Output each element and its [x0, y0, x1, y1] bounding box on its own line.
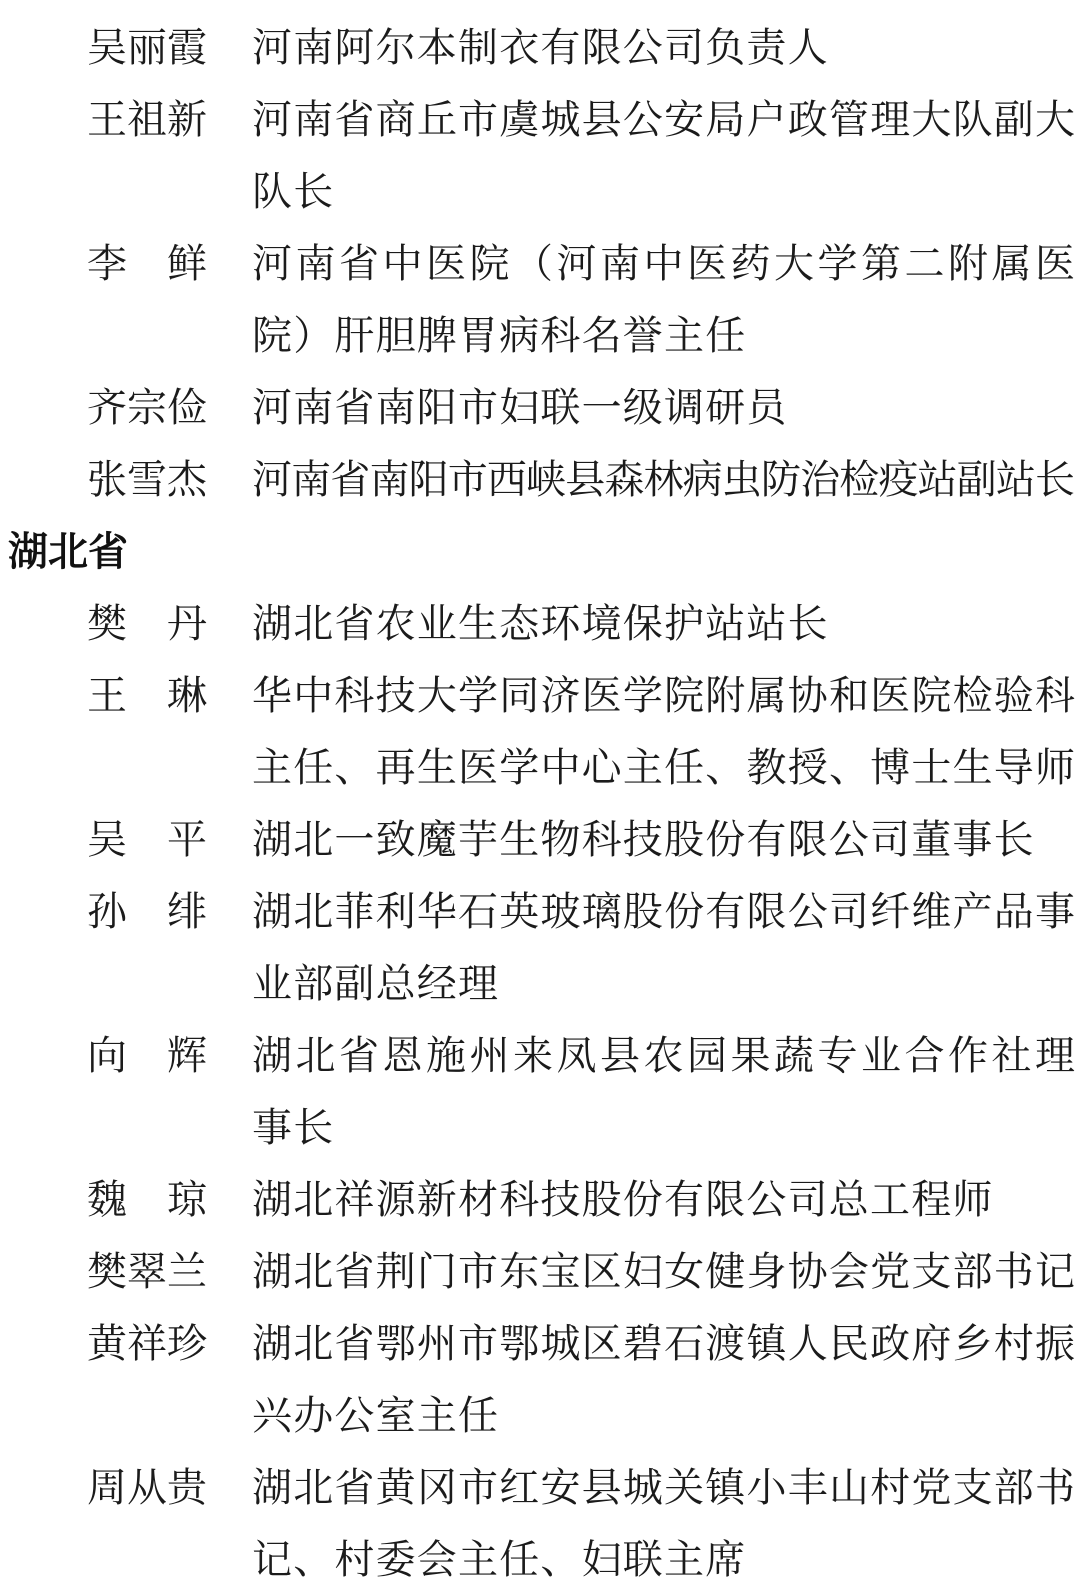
name-char: 俭	[167, 376, 207, 433]
entry-description-text: 河南省南阳市妇联一级调研员	[252, 376, 788, 433]
entry-description-text: 湖北祥源新材科技股份有限公司总工程师	[252, 1168, 994, 1225]
entry-description-line: 湖北省荆门市东宝区妇女健身协会党支部书记	[252, 1232, 1075, 1304]
entry-description-text: 河南省南阳市西峡县森林病虫防治检疫站副站长	[252, 448, 1074, 505]
entry-description-line: 主任、再生医学中心主任、教授、博士生导师	[252, 728, 1075, 800]
entry-description-text: 湖北省鄂州市鄂城区碧石渡镇人民政府乡村振	[252, 1312, 1076, 1369]
name-char: 鲜	[167, 232, 207, 289]
entry-row: 业部副总经理	[0, 944, 1080, 1016]
entry-row: 周从贵湖北省黄冈市红安县城关镇小丰山村党支部书	[0, 1448, 1080, 1520]
entry-row: 王祖新河南省商丘市虞城县公安局户政管理大队副大	[0, 80, 1080, 152]
entry-row: 王琳华中科技大学同济医学院附属协和医院检验科	[0, 656, 1080, 728]
name-char: 祥	[127, 1312, 167, 1369]
entry-description-line: 湖北省鄂州市鄂城区碧石渡镇人民政府乡村振	[252, 1304, 1075, 1376]
entry-row: 李鲜河南省中医院（河南中医药大学第二附属医	[0, 224, 1080, 296]
entry-row: 主任、再生医学中心主任、教授、博士生导师	[0, 728, 1080, 800]
name-char: 平	[167, 808, 207, 865]
entry-row: 院）肝胆脾胃病科名誉主任	[0, 296, 1080, 368]
name-roster-list: 吴丽霞河南阿尔本制衣有限公司负责人王祖新河南省商丘市虞城县公安局户政管理大队副大…	[0, 8, 1080, 1592]
entry-name: 王祖新	[87, 80, 207, 152]
name-char: 琳	[167, 664, 207, 721]
name-char: 贵	[167, 1456, 207, 1513]
entry-description-text: 兴办公室主任	[252, 1384, 499, 1441]
entry-description-line: 河南阿尔本制衣有限公司负责人	[252, 8, 1075, 80]
entry-description-text: 湖北菲利华石英玻璃股份有限公司纤维产品事	[252, 880, 1076, 937]
entry-description-line: 河南省商丘市虞城县公安局户政管理大队副大	[252, 80, 1075, 152]
entry-description-line: 院）肝胆脾胃病科名誉主任	[252, 296, 1075, 368]
entry-description-line: 湖北省恩施州来凤县农园果蔬专业合作社理	[252, 1016, 1075, 1088]
document-page: 吴丽霞河南阿尔本制衣有限公司负责人王祖新河南省商丘市虞城县公安局户政管理大队副大…	[0, 0, 1080, 1595]
entry-description-text: 湖北省恩施州来凤县农园果蔬专业合作社理	[252, 1024, 1079, 1081]
entry-row: 向辉湖北省恩施州来凤县农园果蔬专业合作社理	[0, 1016, 1080, 1088]
entry-name: 樊丹	[87, 584, 207, 656]
entry-description-text: 业部副总经理	[252, 952, 499, 1009]
entry-name: 向辉	[87, 1016, 207, 1088]
entry-description-line: 业部副总经理	[252, 944, 1075, 1016]
entry-description-text: 华中科技大学同济医学院附属协和医院检验科	[252, 664, 1076, 721]
entry-name: 魏琼	[87, 1160, 207, 1232]
entry-name: 李鲜	[87, 224, 207, 296]
entry-name: 周从贵	[87, 1448, 207, 1520]
entry-row: 樊翠兰湖北省荆门市东宝区妇女健身协会党支部书记	[0, 1232, 1080, 1304]
entry-row: 吴平湖北一致魔芋生物科技股份有限公司董事长	[0, 800, 1080, 872]
entry-name: 黄祥珍	[87, 1304, 207, 1376]
name-char: 丽	[127, 16, 167, 73]
name-char: 从	[127, 1456, 167, 1513]
section: 湖北省樊丹湖北省农业生态环境保护站站长王琳华中科技大学同济医学院附属协和医院检验…	[0, 512, 1080, 1592]
entry-row: 黄祥珍湖北省鄂州市鄂城区碧石渡镇人民政府乡村振	[0, 1304, 1080, 1376]
entry-row: 魏琼湖北祥源新材科技股份有限公司总工程师	[0, 1160, 1080, 1232]
entry-description-line: 湖北省农业生态环境保护站站长	[252, 584, 1075, 656]
entry-description-line: 兴办公室主任	[252, 1376, 1075, 1448]
entry-description-text: 湖北省荆门市东宝区妇女健身协会党支部书记	[252, 1240, 1076, 1297]
name-char: 吴	[87, 16, 127, 73]
section-header: 湖北省	[8, 512, 128, 584]
name-char: 兰	[167, 1240, 207, 1297]
entry-description-text: 河南省中医院（河南中医药大学第二附属医	[252, 232, 1079, 289]
entry-description-line: 事长	[252, 1088, 1075, 1160]
name-char: 辉	[167, 1024, 207, 1081]
entry-row: 张雪杰河南省南阳市西峡县森林病虫防治检疫站副站长	[0, 440, 1080, 512]
section: 吴丽霞河南阿尔本制衣有限公司负责人王祖新河南省商丘市虞城县公安局户政管理大队副大…	[0, 8, 1080, 512]
name-char: 翠	[127, 1240, 167, 1297]
name-char: 齐	[87, 376, 127, 433]
entry-description-line: 湖北一致魔芋生物科技股份有限公司董事长	[252, 800, 1075, 872]
entry-description-line: 湖北祥源新材科技股份有限公司总工程师	[252, 1160, 1075, 1232]
name-char: 李	[87, 232, 127, 289]
name-char: 新	[167, 88, 207, 145]
entry-row: 记、村委会主任、妇联主席	[0, 1520, 1080, 1592]
name-char: 霞	[167, 16, 207, 73]
entry-row: 吴丽霞河南阿尔本制衣有限公司负责人	[0, 8, 1080, 80]
name-char: 雪	[127, 448, 167, 505]
entry-name: 王琳	[87, 656, 207, 728]
entry-name: 齐宗俭	[87, 368, 207, 440]
name-char: 向	[87, 1024, 127, 1081]
entry-row: 樊丹湖北省农业生态环境保护站站长	[0, 584, 1080, 656]
name-char: 张	[87, 448, 127, 505]
entry-description-text: 主任、再生医学中心主任、教授、博士生导师	[252, 736, 1076, 793]
entry-name: 吴丽霞	[87, 8, 207, 80]
name-char: 黄	[87, 1312, 127, 1369]
name-char: 王	[87, 88, 127, 145]
entry-name: 张雪杰	[87, 440, 207, 512]
entry-description-line: 华中科技大学同济医学院附属协和医院检验科	[252, 656, 1075, 728]
section-header-row: 湖北省	[0, 512, 1080, 584]
entry-name: 樊翠兰	[87, 1232, 207, 1304]
name-char: 宗	[127, 376, 167, 433]
entry-description-line: 队长	[252, 152, 1075, 224]
entry-description-text: 湖北一致魔芋生物科技股份有限公司董事长	[252, 808, 1035, 865]
name-char: 王	[87, 664, 127, 721]
entry-description-text: 院）肝胆脾胃病科名誉主任	[252, 304, 746, 361]
entry-description-line: 河南省中医院（河南中医药大学第二附属医	[252, 224, 1075, 296]
name-char: 孙	[87, 880, 127, 937]
entry-name: 吴平	[87, 800, 207, 872]
name-char: 丹	[167, 592, 207, 649]
entry-description-text: 湖北省黄冈市红安县城关镇小丰山村党支部书	[252, 1456, 1076, 1513]
entry-description-text: 事长	[252, 1096, 334, 1153]
name-char: 樊	[87, 1240, 127, 1297]
entry-description-text: 队长	[252, 160, 334, 217]
name-char: 周	[87, 1456, 127, 1513]
entry-description-text: 河南阿尔本制衣有限公司负责人	[252, 16, 829, 73]
entry-description-line: 湖北省黄冈市红安县城关镇小丰山村党支部书	[252, 1448, 1075, 1520]
entry-description-line: 记、村委会主任、妇联主席	[252, 1520, 1075, 1592]
name-char: 吴	[87, 808, 127, 865]
entry-description-text: 湖北省农业生态环境保护站站长	[252, 592, 829, 649]
name-char: 魏	[87, 1168, 127, 1225]
name-char: 琼	[167, 1168, 207, 1225]
name-char: 珍	[167, 1312, 207, 1369]
entry-row: 齐宗俭河南省南阳市妇联一级调研员	[0, 368, 1080, 440]
entry-row: 队长	[0, 152, 1080, 224]
entry-description-text: 河南省商丘市虞城县公安局户政管理大队副大	[252, 88, 1076, 145]
entry-row: 兴办公室主任	[0, 1376, 1080, 1448]
entry-name: 孙绯	[87, 872, 207, 944]
entry-description-line: 河南省南阳市妇联一级调研员	[252, 368, 1075, 440]
entry-row: 事长	[0, 1088, 1080, 1160]
entry-row: 孙绯湖北菲利华石英玻璃股份有限公司纤维产品事	[0, 872, 1080, 944]
name-char: 樊	[87, 592, 127, 649]
entry-description-text: 记、村委会主任、妇联主席	[252, 1528, 746, 1585]
entry-description-line: 湖北菲利华石英玻璃股份有限公司纤维产品事	[252, 872, 1075, 944]
entry-description-line: 河南省南阳市西峡县森林病虫防治检疫站副站长	[252, 440, 1075, 512]
name-char: 杰	[167, 448, 207, 505]
name-char: 绯	[167, 880, 207, 937]
name-char: 祖	[127, 88, 167, 145]
